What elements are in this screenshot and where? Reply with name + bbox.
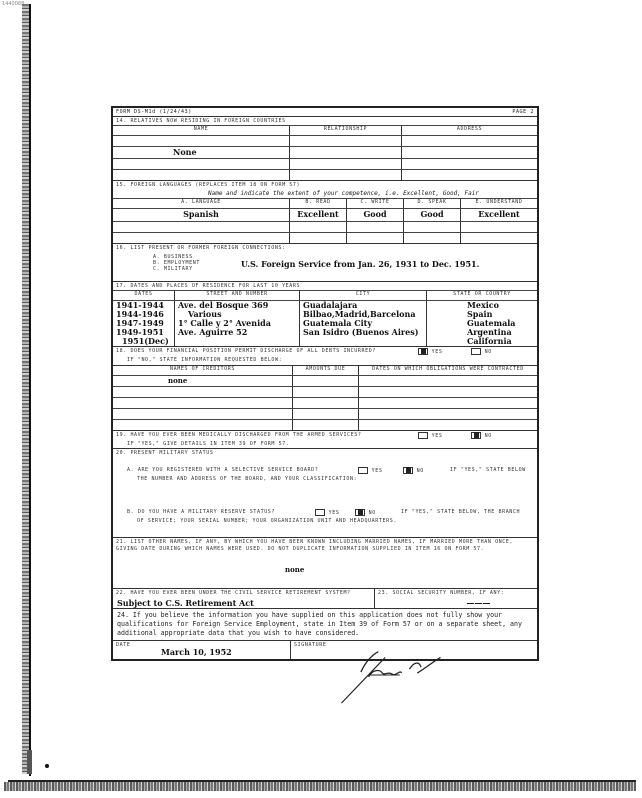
col-read: B. READ <box>290 199 347 208</box>
date-field: DATE March 10, 1952 <box>113 641 291 659</box>
cell <box>290 170 402 180</box>
application-form: FORM DS-M1d (1/24/43) PAGE 2 14. RELATIV… <box>111 106 539 661</box>
col-understand: E. UNDERSTAND <box>461 199 537 208</box>
section-17-title: 17. DATES AND PLACES OF RESIDENCE FOR LA… <box>113 282 537 291</box>
residence-street <box>178 337 296 346</box>
cell <box>293 376 359 386</box>
selective-yes-option[interactable]: YES <box>358 467 382 475</box>
cell <box>461 233 537 243</box>
section-15-title: 15. FOREIGN LANGUAGES (Replaces item 18 … <box>113 181 537 189</box>
residence-city: San Isidro (Buenos Aires) <box>303 328 423 337</box>
cell <box>402 170 537 180</box>
section-18-question-row: 18. DOES YOUR FINANCIAL POSITION PERMIT … <box>113 347 537 356</box>
selective-yes-label: YES <box>372 468 383 474</box>
cell <box>290 147 402 158</box>
section-16: 16. LIST PRESENT OR FORMER FOREIGN CONNE… <box>113 244 537 282</box>
scan-edge-line-left <box>29 4 31 776</box>
col-amounts: AMOUNTS DUE <box>293 366 359 375</box>
selective-service-question: A. ARE YOU REGISTERED WITH A SELECTIVE S… <box>127 467 318 473</box>
speak-level: Good <box>404 209 461 221</box>
cell <box>290 233 347 243</box>
debts-no-checkbox[interactable] <box>471 348 481 355</box>
cell <box>113 233 290 243</box>
reserve-yes-option[interactable]: YES <box>315 509 339 517</box>
section-20: 20. PRESENT MILITARY STATUS A. ARE YOU R… <box>113 449 537 538</box>
cell <box>113 398 293 408</box>
connection-military: C. MILITARY <box>153 266 200 272</box>
cell <box>404 233 461 243</box>
foreign-connections-answer: U.S. Foreign Service from Jan. 26, 1931 … <box>241 259 479 269</box>
cell <box>113 222 290 232</box>
table-row: None <box>113 147 537 159</box>
debts-no-label: NO <box>485 349 492 355</box>
residence-state: California <box>467 337 534 346</box>
section-14-title: 14. RELATIVES NOW RESIDING IN FOREIGN CO… <box>113 117 537 126</box>
understand-level: Excellent <box>461 209 537 221</box>
form-header: FORM DS-M1d (1/24/43) PAGE 2 <box>113 108 537 117</box>
scan-edge-bottom <box>4 782 636 791</box>
residence-date: 1951(Dec) <box>116 337 171 346</box>
debts-yes-option[interactable]: YES <box>418 348 442 356</box>
read-level: Excellent <box>290 209 347 221</box>
col-write: C. WRITE <box>347 199 404 208</box>
col-street: STREET AND NUMBER <box>175 291 300 300</box>
table-row <box>113 159 537 170</box>
cell <box>359 376 537 386</box>
medical-no-option[interactable]: NO <box>471 432 492 440</box>
section-15: 15. FOREIGN LANGUAGES (Replaces item 18 … <box>113 181 537 244</box>
page-label: PAGE 2 <box>512 109 534 115</box>
cell <box>347 233 404 243</box>
reserve-no-checkbox[interactable] <box>355 509 365 516</box>
ssn-answer: ——— <box>375 598 537 608</box>
section-22: 22. HAVE YOU EVER BEEN UNDER THE CIVIL S… <box>113 589 375 608</box>
cell <box>113 409 293 419</box>
table-row <box>113 136 537 147</box>
selective-no-checkbox[interactable] <box>403 467 413 474</box>
table-row: none <box>113 376 537 387</box>
debts-yes-checkbox[interactable] <box>418 348 428 355</box>
cell <box>347 222 404 232</box>
medical-no-label: NO <box>485 433 492 439</box>
write-level: Good <box>347 209 404 221</box>
col-language: A. LANGUAGE <box>113 199 290 208</box>
medical-yes-checkbox[interactable] <box>418 432 428 439</box>
residence-city <box>303 337 423 346</box>
selective-no-option[interactable]: NO <box>403 467 424 475</box>
section-19-question-row: 19. HAVE YOU EVER BEEN MEDICALLY DISCHAR… <box>113 431 537 440</box>
table-row <box>113 233 537 243</box>
cell <box>293 409 359 419</box>
debts-yes-label: YES <box>432 349 443 355</box>
cell <box>293 420 359 430</box>
reserve-no-label: NO <box>369 510 376 516</box>
section-18-question: 18. DOES YOUR FINANCIAL POSITION PERMIT … <box>116 348 376 354</box>
col-state: STATE OR COUNTRY <box>427 291 537 300</box>
reserve-yes-label: YES <box>329 510 340 516</box>
language: Spanish <box>113 209 290 221</box>
reserve-no-option[interactable]: NO <box>355 509 376 517</box>
col-name: NAME <box>113 126 290 135</box>
cell <box>113 136 290 146</box>
section-15-header: A. LANGUAGE B. READ C. WRITE D. SPEAK E.… <box>113 199 537 209</box>
cell <box>290 159 402 169</box>
cell <box>359 409 537 419</box>
col-address: ADDRESS <box>402 126 537 135</box>
section-22-question: 22. HAVE YOU EVER BEEN UNDER THE CIVIL S… <box>113 589 374 598</box>
cell <box>113 420 293 430</box>
section-22-23: 22. HAVE YOU EVER BEEN UNDER THE CIVIL S… <box>113 589 537 609</box>
col-speak: D. SPEAK <box>404 199 461 208</box>
cell <box>113 387 293 397</box>
table-row <box>113 398 537 409</box>
medical-yes-option[interactable]: YES <box>418 432 442 440</box>
table-row <box>113 420 537 430</box>
other-names-answer: none <box>285 565 304 574</box>
reserve-yes-checkbox[interactable] <box>315 509 325 516</box>
relative-name: None <box>113 147 290 158</box>
table-row <box>113 409 537 420</box>
date-value: March 10, 1952 <box>113 647 290 657</box>
cell <box>359 420 537 430</box>
selective-yes-checkbox[interactable] <box>358 467 368 474</box>
debts-no-option[interactable]: NO <box>471 348 492 356</box>
connection-types: A. BUSINESS B. EMPLOYMENT C. MILITARY <box>153 254 200 272</box>
section-16-title: 16. LIST PRESENT OR FORMER FOREIGN CONNE… <box>113 244 537 252</box>
section-19: 19. HAVE YOU EVER BEEN MEDICALLY DISCHAR… <box>113 431 537 449</box>
table-row <box>113 387 537 398</box>
section-24-text: 24. If you believe the information you h… <box>113 609 537 640</box>
section-18: 18. DOES YOUR FINANCIAL POSITION PERMIT … <box>113 347 537 431</box>
section-20-title: 20. PRESENT MILITARY STATUS <box>113 449 537 458</box>
cell <box>402 136 537 146</box>
col-dates: DATES <box>113 291 175 300</box>
col-obligation-dates: DATES ON WHICH OBLIGATIONS WERE CONTRACT… <box>359 366 537 375</box>
selective-service-row: A. ARE YOU REGISTERED WITH A SELECTIVE S… <box>113 466 537 475</box>
table-row <box>113 170 537 180</box>
creditor-name: none <box>113 376 293 386</box>
section-14: 14. RELATIVES NOW RESIDING IN FOREIGN CO… <box>113 117 537 181</box>
cell <box>359 398 537 408</box>
cell <box>402 147 537 158</box>
col-city: CITY <box>300 291 427 300</box>
dates-column: 1941-1944 1944-1946 1947-1949 1949-1951 … <box>113 301 175 346</box>
medical-yes-label: YES <box>432 433 443 439</box>
form-footer: DATE March 10, 1952 SIGNATURE <box>113 641 537 659</box>
retirement-answer: Subject to C.S. Retirement Act <box>113 598 374 608</box>
cell <box>113 170 290 180</box>
section-19-sub: IF "YES," GIVE DETAILS IN ITEM 39 OF FOR… <box>113 440 537 449</box>
cell <box>293 398 359 408</box>
cell <box>290 136 402 146</box>
city-column: Guadalajara Bilbao,Madrid,Barcelona Guat… <box>300 301 427 346</box>
reserve-followup: IF "YES," STATE BELOW, THE BRANCH <box>401 509 520 516</box>
selective-followup-2: THE NUMBER AND ADDRESS OF THE BOARD, AND… <box>113 475 537 484</box>
residence-street: Ave. Aguirre 52 <box>178 328 296 337</box>
table-row <box>113 222 537 233</box>
scan-mark <box>27 750 32 774</box>
signature-icon <box>330 640 450 708</box>
street-column: Ave. del Bosque 369 Various 1° Calle y 2… <box>175 301 300 346</box>
section-21-question: 21. LIST OTHER NAMES, IF ANY, BY WHICH Y… <box>113 538 537 554</box>
scan-dot <box>45 764 49 768</box>
reserve-status-row: B. DO YOU HAVE A MILITARY RESERVE STATUS… <box>113 508 537 517</box>
table-row: Spanish Excellent Good Good Excellent <box>113 209 537 222</box>
cell <box>404 222 461 232</box>
reserve-status-question: B. DO YOU HAVE A MILITARY RESERVE STATUS… <box>127 509 275 515</box>
section-23: 23. SOCIAL SECURITY NUMBER, IF ANY: ——— <box>375 589 537 608</box>
section-21: 21. LIST OTHER NAMES, IF ANY, BY WHICH Y… <box>113 538 537 589</box>
section-24: 24. If you believe the information you h… <box>113 609 537 641</box>
form-id: FORM DS-M1d (1/24/43) <box>116 109 192 115</box>
section-14-header: NAME RELATIONSHIP ADDRESS <box>113 126 537 136</box>
reserve-followup-2: OF SERVICE; YOUR SERIAL NUMBER; YOUR ORG… <box>113 517 537 526</box>
cell <box>290 222 347 232</box>
cell <box>113 159 290 169</box>
selective-followup: IF "YES," STATE BELOW <box>450 467 526 474</box>
scan-corner-id: 1440088 <box>2 1 24 7</box>
section-15-note: Name and indicate the extent of your com… <box>113 189 537 199</box>
state-column: Mexico Spain Guatemala Argentina Califor… <box>427 301 537 346</box>
cell <box>402 159 537 169</box>
residence-table: 1941-1944 1944-1946 1947-1949 1949-1951 … <box>113 301 537 346</box>
col-creditors: NAMES OF CREDITORS <box>113 366 293 375</box>
cell <box>461 222 537 232</box>
section-18-header: NAMES OF CREDITORS AMOUNTS DUE DATES ON … <box>113 365 537 376</box>
section-18-sub: IF "NO," STATE INFORMATION REQUESTED BEL… <box>113 356 537 365</box>
medical-no-checkbox[interactable] <box>471 432 481 439</box>
cell <box>359 387 537 397</box>
section-17: 17. DATES AND PLACES OF RESIDENCE FOR LA… <box>113 282 537 347</box>
selective-no-label: NO <box>417 468 424 474</box>
cell <box>293 387 359 397</box>
col-relationship: RELATIONSHIP <box>290 126 402 135</box>
section-23-question: 23. SOCIAL SECURITY NUMBER, IF ANY: <box>375 589 537 598</box>
section-19-question: 19. HAVE YOU EVER BEEN MEDICALLY DISCHAR… <box>116 432 362 438</box>
